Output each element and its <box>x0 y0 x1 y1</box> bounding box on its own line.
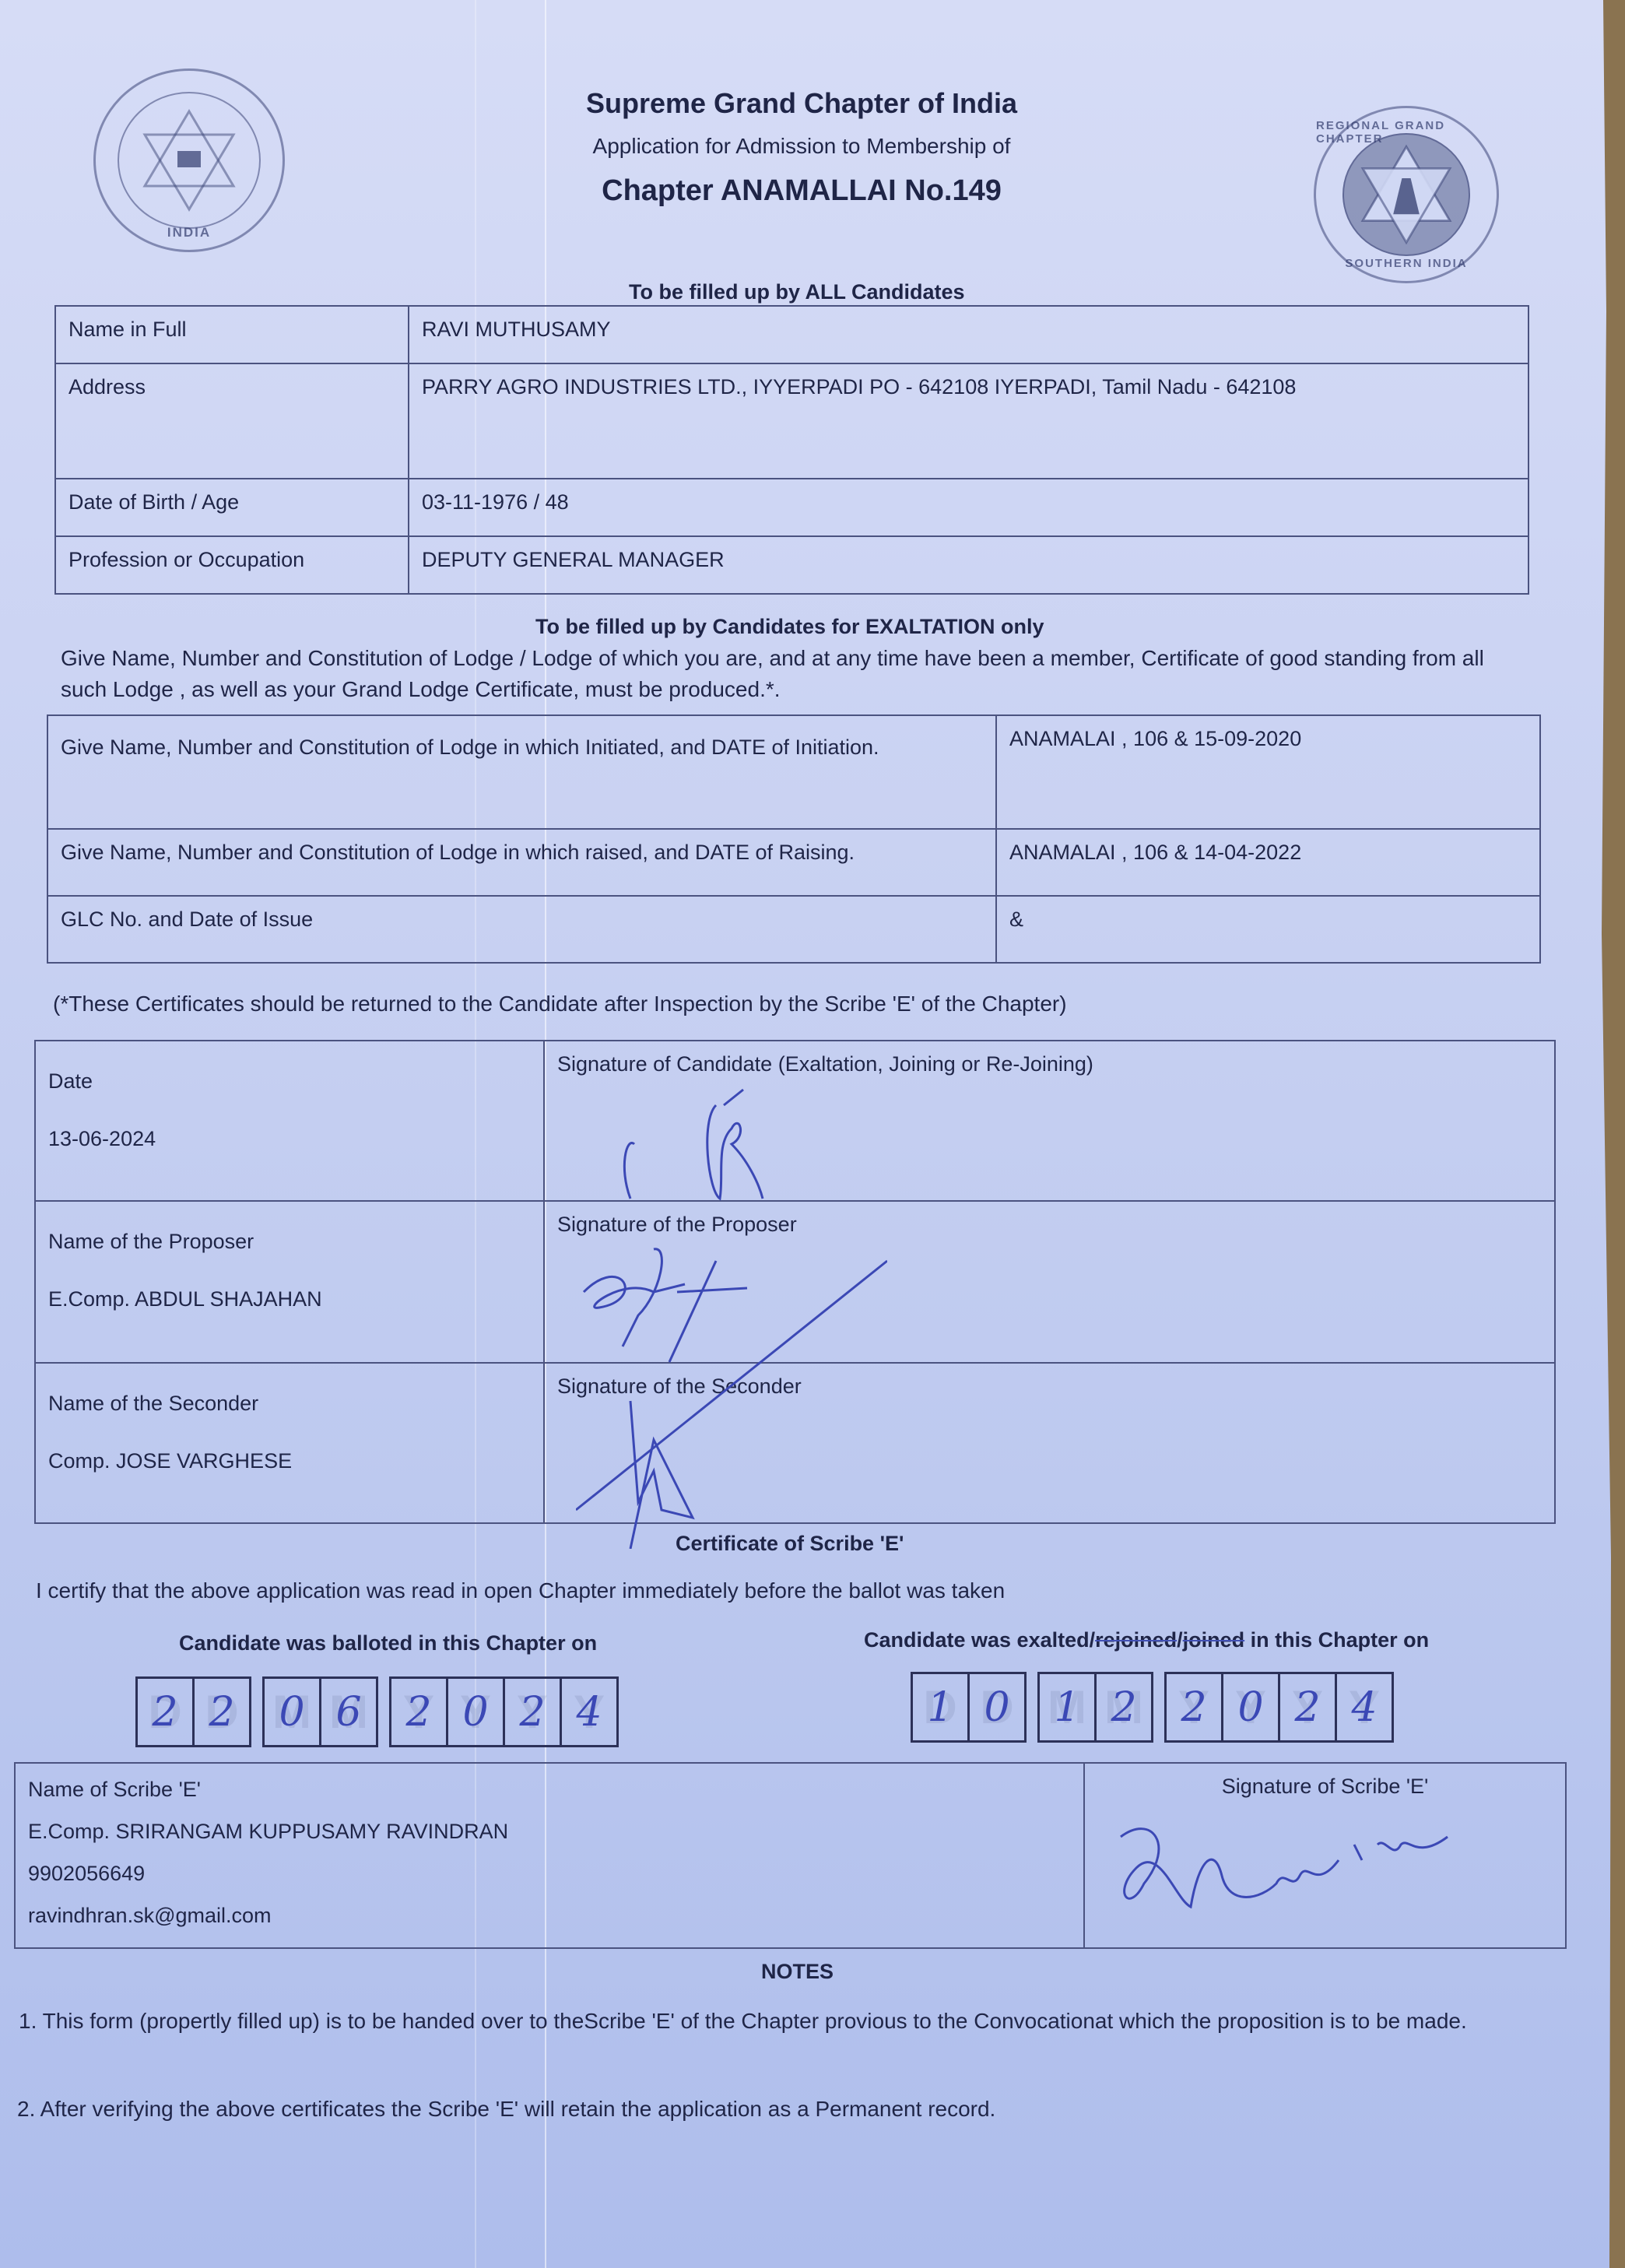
date-cell: Date 13-06-2024 <box>35 1041 544 1201</box>
month-boxes: M0 M6 <box>262 1676 378 1747</box>
field-value-dob: 03-11-1976 / 48 <box>409 479 1528 536</box>
lodge-details-table: Give Name, Number and Constitution of Lo… <box>47 714 1541 964</box>
date-digit-box: D2 <box>138 1679 195 1745</box>
table-row: Address PARRY AGRO INDUSTRIES LTD., IYYE… <box>55 363 1528 479</box>
digit: 2 <box>152 1689 177 1736</box>
field-value-raising: ANAMALAI , 106 & 14-04-2022 <box>996 829 1540 896</box>
field-label: Profession or Occupation <box>55 536 409 594</box>
digit: 1 <box>927 1684 953 1731</box>
table-row: Give Name, Number and Constitution of Lo… <box>47 715 1540 829</box>
note-item: 2. After verifying the above certificate… <box>17 2094 1574 2125</box>
date-digit-box: D2 <box>195 1679 249 1745</box>
date-digit-box: Y2 <box>505 1679 562 1745</box>
organization-title: Supreme Grand Chapter of India <box>545 87 1058 120</box>
certificates-footnote: (*These Certificates should be returned … <box>53 988 1067 1020</box>
all-candidates-heading: To be filled up by ALL Candidates <box>629 280 965 304</box>
day-boxes: D1 D0 <box>911 1672 1027 1743</box>
candidate-signature-label: Signature of Candidate (Exaltation, Join… <box>557 1052 1542 1076</box>
year-boxes: Y2 Y0 Y2 Y4 <box>389 1676 619 1747</box>
digit: 4 <box>1351 1684 1377 1731</box>
exaltation-instructions: Give Name, Number and Constitution of Lo… <box>61 643 1524 705</box>
proposer-signature-label: Signature of the Proposer <box>557 1213 1542 1237</box>
table-row: Date of Birth / Age 03-11-1976 / 48 <box>55 479 1528 536</box>
ballot-date-boxes: D2 D2 M0 M6 Y2 Y0 Y2 Y4 <box>135 1676 619 1747</box>
date-label: Date <box>48 1052 531 1110</box>
candidate-signature-icon <box>615 1082 833 1206</box>
scribe-details-cell: Name of Scribe 'E' E.Comp. SRIRANGAM KUP… <box>15 1763 1084 1948</box>
digit: 0 <box>984 1684 1009 1731</box>
field-label: Date of Birth / Age <box>55 479 409 536</box>
date-digit-box: M0 <box>265 1679 321 1745</box>
seal-left-text: INDIA <box>167 225 211 240</box>
table-row: Name in Full RAVI MUTHUSAMY <box>55 306 1528 363</box>
date-digit-box: Y4 <box>1337 1674 1392 1740</box>
notes-heading: NOTES <box>761 1960 834 1984</box>
table-row: Give Name, Number and Constitution of Lo… <box>47 829 1540 896</box>
date-digit-box: Y0 <box>448 1679 505 1745</box>
field-value-profession: DEPUTY GENERAL MANAGER <box>409 536 1528 594</box>
scribe-certificate-statement: I certify that the above application was… <box>36 1575 1005 1606</box>
scribe-name: E.Comp. SRIRANGAM KUPPUSAMY RAVINDRAN <box>28 1810 1071 1852</box>
candidate-details-table: Name in Full RAVI MUTHUSAMY Address PARR… <box>54 305 1529 595</box>
scribe-name-label: Name of Scribe 'E' <box>28 1768 1071 1810</box>
digit: 2 <box>1111 1684 1136 1731</box>
date-digit-box: M6 <box>321 1679 376 1745</box>
field-value-name: RAVI MUTHUSAMY <box>409 306 1528 363</box>
year-boxes: Y2 Y0 Y2 Y4 <box>1164 1672 1394 1743</box>
exalted-date-label: Candidate was exalted/rejoined/joined in… <box>864 1628 1429 1652</box>
regional-grand-chapter-seal-icon: REGIONAL GRAND CHAPTER SOUTHERN INDIA <box>1314 106 1499 283</box>
field-value-address: PARRY AGRO INDUSTRIES LTD., IYYERPADI PO… <box>409 363 1528 479</box>
form-subtitle: Application for Admission to Membership … <box>545 134 1058 159</box>
table-row: GLC No. and Date of Issue & <box>47 896 1540 963</box>
digit: 2 <box>405 1689 431 1736</box>
digit: 6 <box>335 1689 361 1736</box>
date-digit-box: Y0 <box>1223 1674 1280 1740</box>
ballot-date-label: Candidate was balloted in this Chapter o… <box>179 1631 597 1655</box>
seconder-name: Comp. JOSE VARGHESE <box>48 1432 531 1490</box>
digit: 2 <box>209 1689 234 1736</box>
supreme-grand-chapter-seal-icon: INDIA <box>93 68 285 252</box>
date-digit-box: D1 <box>913 1674 970 1740</box>
day-boxes: D2 D2 <box>135 1676 251 1747</box>
scribe-email: ravindhran.sk@gmail.com <box>28 1894 1071 1936</box>
digit: 0 <box>1237 1684 1263 1731</box>
field-label: Give Name, Number and Constitution of Lo… <box>47 829 996 896</box>
exalted-date-boxes: D1 D0 M1 M2 Y2 Y0 Y2 Y4 <box>911 1672 1394 1743</box>
field-value-glc: & <box>996 896 1540 963</box>
seal-right-bottom-text: SOUTHERN INDIA <box>1345 257 1467 270</box>
proposer-name: E.Comp. ABDUL SHAJAHAN <box>48 1270 531 1328</box>
date-digit-box: Y4 <box>562 1679 616 1745</box>
scribe-phone: 9902056649 <box>28 1852 1071 1894</box>
exaltation-heading: To be filled up by Candidates for EXALTA… <box>535 615 1044 639</box>
table-row: Profession or Occupation DEPUTY GENERAL … <box>55 536 1528 594</box>
exalted-label-prefix: Candidate was exalted/ <box>864 1628 1095 1652</box>
scribe-signature-icon <box>1105 1813 1525 1930</box>
exalted-label-suffix: in this Chapter on <box>1244 1628 1429 1652</box>
month-boxes: M1 M2 <box>1037 1672 1153 1743</box>
struck-rejoined: rejoined <box>1095 1628 1177 1652</box>
digit: 2 <box>519 1689 545 1736</box>
field-label: Address <box>55 363 409 479</box>
seal-right-ring-text: REGIONAL GRAND CHAPTER <box>1316 119 1497 146</box>
seconder-cell: Name of the Seconder Comp. JOSE VARGHESE <box>35 1363 544 1523</box>
field-label: Name in Full <box>55 306 409 363</box>
field-label: GLC No. and Date of Issue <box>47 896 996 963</box>
seconder-label: Name of the Seconder <box>48 1374 531 1432</box>
struck-joined: joined <box>1183 1628 1245 1652</box>
digit: 2 <box>1294 1684 1320 1731</box>
field-label: Give Name, Number and Constitution of Lo… <box>47 715 996 829</box>
date-digit-box: Y2 <box>1167 1674 1223 1740</box>
chapter-title: Chapter ANAMALLAI No.149 <box>545 174 1058 208</box>
digit: 2 <box>1181 1684 1206 1731</box>
scribe-signature-label: Signature of Scribe 'E' <box>1097 1775 1553 1799</box>
field-value-initiation: ANAMALAI , 106 & 15-09-2020 <box>996 715 1540 829</box>
date-digit-box: D0 <box>970 1674 1024 1740</box>
date-digit-box: Y2 <box>1280 1674 1337 1740</box>
digit: 0 <box>462 1689 488 1736</box>
digit: 1 <box>1054 1684 1079 1731</box>
exalted-label-sep: / <box>1177 1628 1183 1652</box>
seconder-signature-icon <box>607 1393 809 1549</box>
date-digit-box: M1 <box>1040 1674 1097 1740</box>
application-form-page: INDIA REGIONAL GRAND CHAPTER SOUTHERN IN… <box>0 0 1611 2268</box>
date-digit-box: M2 <box>1097 1674 1151 1740</box>
scribe-certificate-heading: Certificate of Scribe 'E' <box>676 1532 904 1556</box>
proposer-cell: Name of the Proposer E.Comp. ABDUL SHAJA… <box>35 1201 544 1363</box>
note-item: 1. This form (propertly filled up) is to… <box>19 1997 1575 2045</box>
date-value: 13-06-2024 <box>48 1110 531 1167</box>
proposer-label: Name of the Proposer <box>48 1213 531 1270</box>
digit: 0 <box>279 1689 304 1736</box>
digit: 4 <box>576 1689 602 1736</box>
date-digit-box: Y2 <box>391 1679 448 1745</box>
